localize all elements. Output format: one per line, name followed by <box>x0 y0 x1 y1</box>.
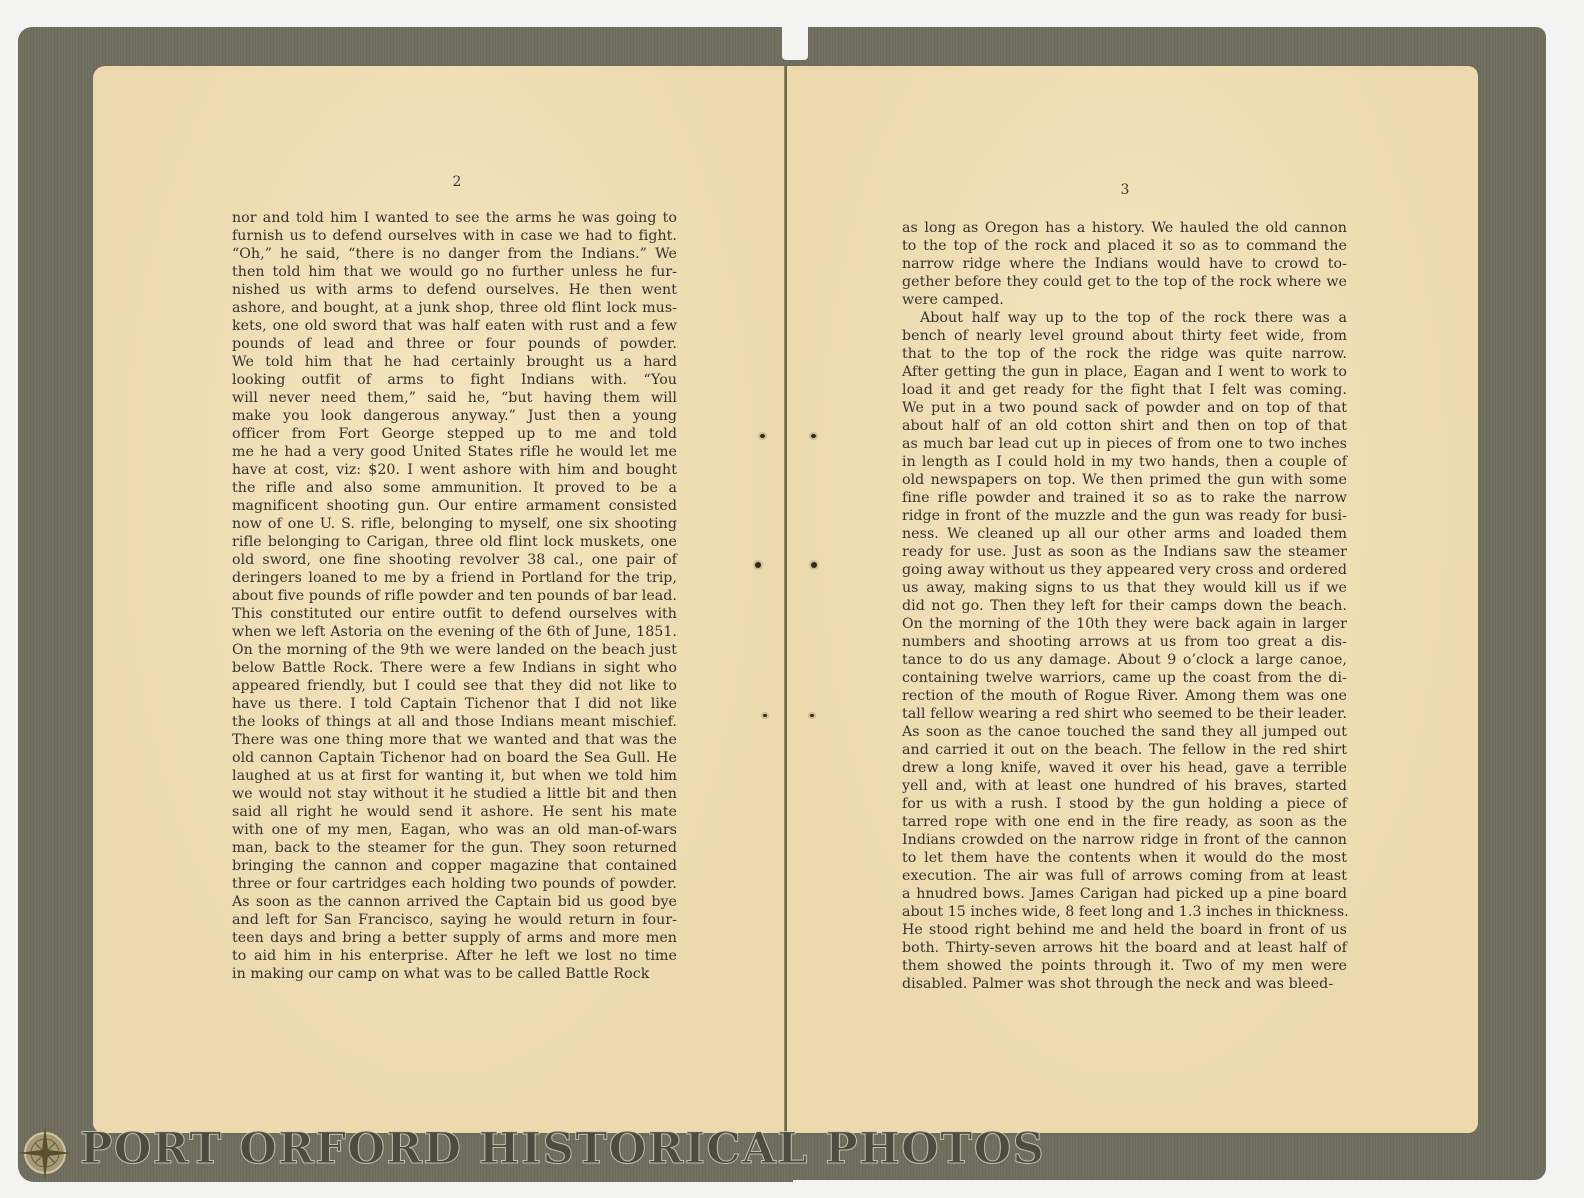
text-line: when we left Astoria on the evening of t… <box>232 623 677 641</box>
text-line: did not go. Then they left for their cam… <box>902 597 1347 615</box>
staple-hole <box>760 434 765 438</box>
text-line: have at cost, viz: $20. I went ashore wi… <box>232 461 677 479</box>
text-line: nor and told him I wanted to see the arm… <box>232 209 677 227</box>
text-line: tarred rope with one end in the fire rea… <box>902 813 1347 831</box>
text-line: below Battle Rock. There were a few Indi… <box>232 659 677 677</box>
text-line: for us with a rush. I stood by the gun h… <box>902 795 1347 813</box>
text-line: going away without us they appeared very… <box>902 561 1347 579</box>
text-line: narrow ridge where the Indians would hav… <box>902 255 1347 273</box>
text-line: in length as I could hold in my two hand… <box>902 453 1347 471</box>
text-line: a hnudred bows. James Carigan had picked… <box>902 885 1347 903</box>
text-line: magnificent shooting gun. Our entire arm… <box>232 497 677 515</box>
text-line: We put in a two pound sack of powder and… <box>902 399 1347 417</box>
text-line: On the morning of the 10th they were bac… <box>902 615 1347 633</box>
text-line: pounds of lead and three or four pounds … <box>232 335 677 353</box>
text-line: me he had a very good United States rifl… <box>232 443 677 461</box>
text-line: tance to do us any damage. About 9 o’clo… <box>902 651 1347 669</box>
text-line: officer from Fort George stepped up to m… <box>232 425 677 443</box>
text-line: appeared friendly, but I could see that … <box>232 677 677 695</box>
staple-hole <box>811 562 817 568</box>
text-line: As soon as the cannon arrived the Captai… <box>232 893 677 911</box>
text-line: and carried it out on the beach. The fel… <box>902 741 1347 759</box>
watermark-text: PORT ORFORD HISTORICAL PHOTOS <box>80 1126 1045 1172</box>
staple-hole <box>755 562 761 568</box>
text-line: fine rifle powder and trained it so as t… <box>902 489 1347 507</box>
text-line: bringing the cannon and copper magazine … <box>232 857 677 875</box>
text-line: yell and, with at least one hundred of h… <box>902 777 1347 795</box>
page-number-left: 2 <box>437 174 477 190</box>
text-line: as much bar lead cut up in pieces of fro… <box>902 435 1347 453</box>
cover-spine-notch <box>782 20 808 60</box>
text-line: as long as Oregon has a history. We haul… <box>902 219 1347 237</box>
text-line: “Oh,” he said, “there is no danger from … <box>232 245 677 263</box>
text-line: old cannon Captain Tichenor had on board… <box>232 749 677 767</box>
text-line: looking outfit of arms to fight Indians … <box>232 371 677 389</box>
staple-hole <box>810 714 814 717</box>
text-line: teen days and bring a better supply of a… <box>232 929 677 947</box>
text-line: old newspapers on top. We then primed th… <box>902 471 1347 489</box>
text-line: then told him that we would go no furthe… <box>232 263 677 281</box>
text-line: ashore, and bought, at a junk shop, thre… <box>232 299 677 317</box>
text-line: kets, one old sword that was half eaten … <box>232 317 677 335</box>
text-line: About half way up to the top of the rock… <box>902 309 1347 327</box>
text-line: bench of nearly level ground about thirt… <box>902 327 1347 345</box>
text-line: to aid him in his enterprise. After he l… <box>232 947 677 965</box>
text-line: in making our camp on what was to be cal… <box>232 965 677 983</box>
text-line: nished us with arms to defend ourselves.… <box>232 281 677 299</box>
text-line: make you look dangerous anyway.” Just th… <box>232 407 677 425</box>
text-line: with one of my men, Eagan, who was an ol… <box>232 821 677 839</box>
spine-fold <box>784 66 786 1133</box>
text-line: them showed the points through it. Two o… <box>902 957 1347 975</box>
text-line: As soon as the canoe touched the sand th… <box>902 723 1347 741</box>
text-line: ridge in front of the muzzle and the gun… <box>902 507 1347 525</box>
text-line: containing twelve warriors, came up the … <box>902 669 1347 687</box>
text-line: man, back to the steamer for the gun. Th… <box>232 839 677 857</box>
text-line: we would not stay without it he studied … <box>232 785 677 803</box>
left-page-text: nor and told him I wanted to see the arm… <box>232 209 677 983</box>
text-line: ready for use. Just as soon as the India… <box>902 543 1347 561</box>
text-line: disabled. Palmer was shot through the ne… <box>902 975 1347 993</box>
text-line: three or four cartridges each holding tw… <box>232 875 677 893</box>
text-line: have us there. I told Captain Tichenor t… <box>232 695 677 713</box>
text-line: now of one U. S. rifle, belonging to mys… <box>232 515 677 533</box>
text-line: both. Thirty-seven arrows hit the board … <box>902 939 1347 957</box>
text-line: us away, making signs to us that they wo… <box>902 579 1347 597</box>
text-line: This constituted our entire outfit to de… <box>232 605 677 623</box>
text-line: furnish us to defend ourselves with in c… <box>232 227 677 245</box>
text-line: We told him that he had certainly brough… <box>232 353 677 371</box>
text-line: to the top of the rock and placed it so … <box>902 237 1347 255</box>
text-line: said all right he would send it ashore. … <box>232 803 677 821</box>
text-line: about 15 inches wide, 8 feet long and 1.… <box>902 903 1347 921</box>
text-line: execution. The air was full of arrows co… <box>902 867 1347 885</box>
text-line: He stood right behind me and held the bo… <box>902 921 1347 939</box>
text-line: tall fellow wearing a red shirt who seem… <box>902 705 1347 723</box>
text-line: rection of the mouth of Rogue River. Amo… <box>902 687 1347 705</box>
compass-rose-icon <box>16 1124 74 1182</box>
staple-hole <box>811 434 816 438</box>
text-line: will never need them,” said he, “but hav… <box>232 389 677 407</box>
text-line: and left for San Francisco, saying he wo… <box>232 911 677 929</box>
text-line: to let them have the contents when it wo… <box>902 849 1347 867</box>
right-page-text: as long as Oregon has a history. We haul… <box>902 219 1347 993</box>
text-line: old sword, one fine shooting revolver 38… <box>232 551 677 569</box>
text-line: Indians crowded on the narrow ridge in f… <box>902 831 1347 849</box>
text-line: There was one thing more that we wanted … <box>232 731 677 749</box>
text-line: were camped. <box>902 291 1347 309</box>
text-line: laughed at us at first for wanting it, b… <box>232 767 677 785</box>
text-line: numbers and shooting arrows at us from t… <box>902 633 1347 651</box>
text-line: gether before they could get to the top … <box>902 273 1347 291</box>
text-line: the rifle and also some ammunition. It p… <box>232 479 677 497</box>
text-line: load it and get ready for the fight that… <box>902 381 1347 399</box>
text-line: the looks of things at all and those Ind… <box>232 713 677 731</box>
text-line: On the morning of the 9th we were landed… <box>232 641 677 659</box>
text-line: about five pounds of rifle powder and te… <box>232 587 677 605</box>
text-line: rifle belonging to Carigan, three old fl… <box>232 533 677 551</box>
text-line: deringers loaned to me by a friend in Po… <box>232 569 677 587</box>
text-line: After getting the gun in place, Eagan an… <box>902 363 1347 381</box>
page-number-right: 3 <box>1105 182 1145 198</box>
text-line: drew a long knife, waved it over his hea… <box>902 759 1347 777</box>
text-line: ness. We cleaned up all our other arms a… <box>902 525 1347 543</box>
text-line: that to the top of the rock the ridge wa… <box>902 345 1347 363</box>
text-line: about half of an old cotton shirt and th… <box>902 417 1347 435</box>
staple-hole <box>763 714 767 717</box>
